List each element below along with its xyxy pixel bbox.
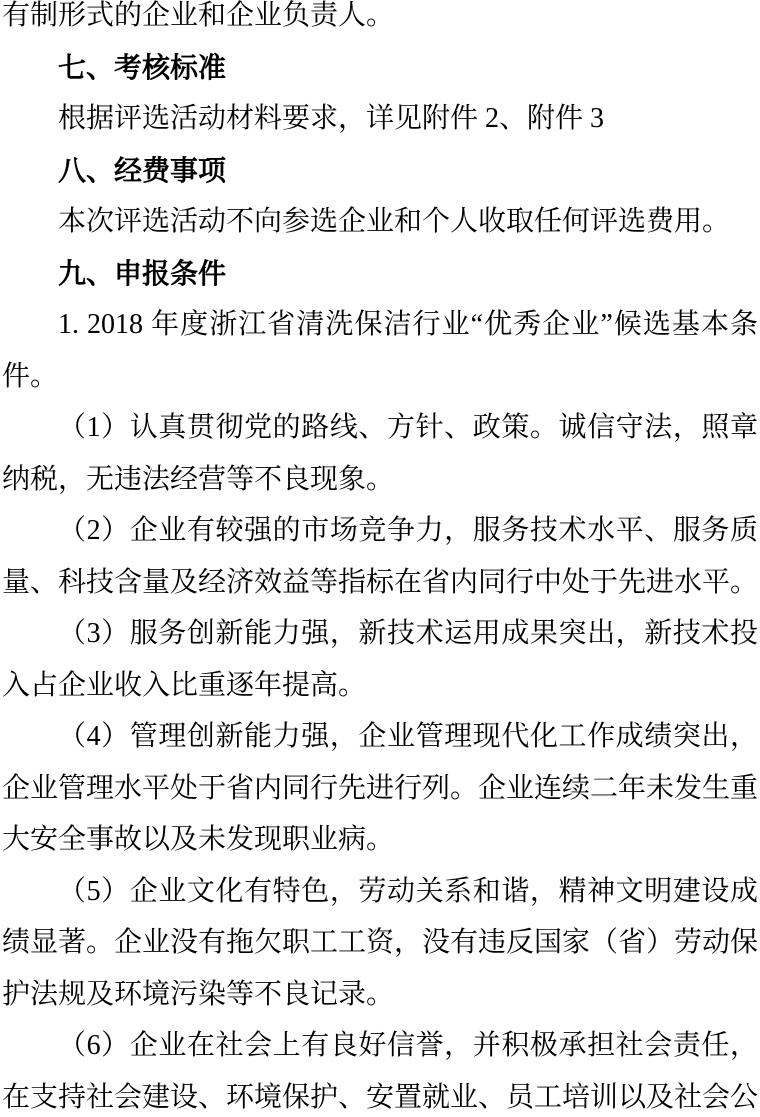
paragraph: （1）认真贯彻党的路线、方针、政策。诚信守法，照章纳税，无违法经营等不良现象。 — [2, 402, 758, 505]
paragraph: （5）企业文化有特色，劳动关系和谐，精神文明建设成绩显著。企业没有拖欠职工工资，… — [2, 866, 758, 1021]
paragraph: （4）管理创新能力强，企业管理现代化工作成绩突出，企业管理水平处于省内同行先进行… — [2, 711, 758, 866]
paragraph: （3）服务创新能力强，新技术运用成果突出，新技术投入占企业收入比重逐年提高。 — [2, 608, 758, 711]
paragraph: 1. 2018 年度浙江省清洗保洁行业“优秀企业”候选基本条件。 — [2, 299, 758, 402]
document-page: 有制形式的企业和企业负责人。七、考核标准根据评选活动材料要求，详见附件 2、附件… — [0, 0, 760, 1117]
section-heading: 七、考核标准 — [2, 42, 758, 94]
document-text-body: 有制形式的企业和企业负责人。七、考核标准根据评选活动材料要求，详见附件 2、附件… — [2, 0, 758, 1117]
section-heading: 八、经费事项 — [2, 145, 758, 197]
paragraph: 有制形式的企业和企业负责人。 — [2, 0, 758, 42]
paragraph: （6）企业在社会上有良好信誉，并积极承担社会责任，在支持社会建设、环境保护、安置… — [2, 1020, 758, 1117]
paragraph: 本次评选活动不向参选企业和个人收取任何评选费用。 — [2, 196, 758, 248]
paragraph: 根据评选活动材料要求，详见附件 2、附件 3 — [2, 93, 758, 145]
section-heading: 九、申报条件 — [2, 248, 758, 300]
paragraph: （2）企业有较强的市场竞争力，服务技术水平、服务质量、科技含量及经济效益等指标在… — [2, 505, 758, 608]
